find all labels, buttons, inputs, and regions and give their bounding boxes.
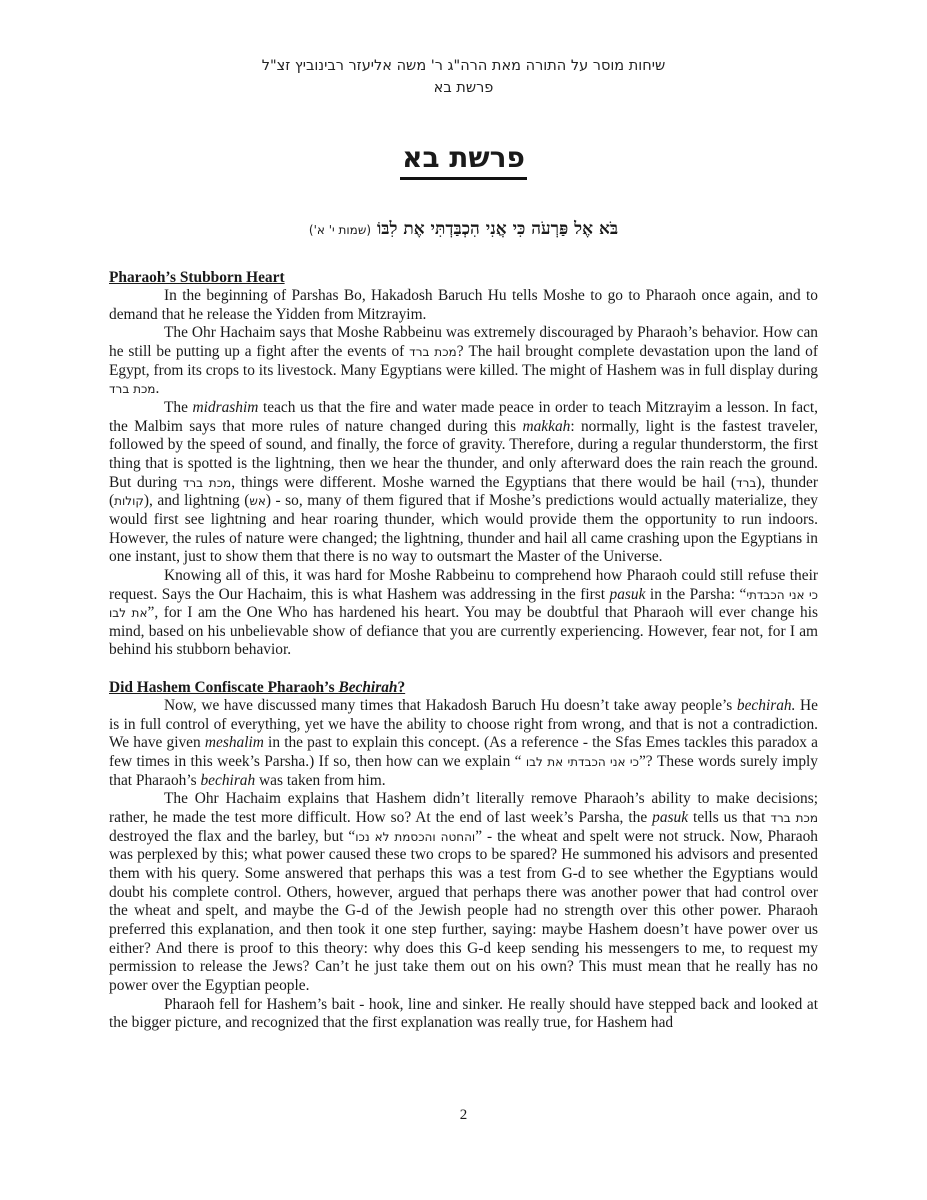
page-number: 2 xyxy=(0,1107,927,1124)
hebrew-phrase: מכת ברד xyxy=(770,811,818,825)
text-run: In the beginning of Parshas Bo, Hakadosh… xyxy=(109,287,818,323)
header-parsha-line: פרשת בא xyxy=(0,77,927,99)
section-gap xyxy=(109,660,818,678)
pasuk-quote: בֹּא אֶל פַּרְעֹה כִּי אֲנִי הִכְבַּדְתִ… xyxy=(0,216,927,243)
text-run: tells us that xyxy=(688,809,770,826)
hebrew-phrase: כי אני הכבדתי את לבו xyxy=(526,755,639,769)
italic-term: makkah xyxy=(522,418,570,435)
hebrew-phrase: קולות xyxy=(114,494,144,508)
text-run: in the Parsha: “ xyxy=(645,586,746,603)
paragraph: The midrashim teach us that the fire and… xyxy=(109,399,818,567)
section-1-paragraphs: In the beginning of Parshas Bo, Hakadosh… xyxy=(109,287,818,660)
paragraph: Pharaoh fell for Hashem’s bait - hook, l… xyxy=(109,996,818,1033)
section-heading-2-italic: Bechirah xyxy=(338,679,397,696)
text-run: destroyed the flax and the barley, but “ xyxy=(109,828,355,845)
section-2-paragraphs: Now, we have discussed many times that H… xyxy=(109,697,818,1033)
document-page: שיחות מוסר על התורה מאת הרה"ג ר' משה אלי… xyxy=(0,0,927,1200)
section-heading-2-text: Did Hashem Confiscate Pharaoh’s xyxy=(109,679,338,696)
text-run: The xyxy=(164,399,193,416)
pasuk-reference: (שמות י' א') xyxy=(309,223,371,237)
italic-term: pasuk xyxy=(610,586,646,603)
section-heading-2-suffix: ? xyxy=(397,679,405,696)
text-run: ”, for I am the One Who has hardened his… xyxy=(109,604,818,658)
section-heading-2: Did Hashem Confiscate Pharaoh’s Bechirah… xyxy=(109,678,818,697)
section-heading-1: Pharaoh’s Stubborn Heart xyxy=(109,268,818,287)
italic-term: pasuk xyxy=(652,809,688,826)
paragraph: The Ohr Hachaim says that Moshe Rabbeinu… xyxy=(109,324,818,399)
paragraph: The Ohr Hachaim explains that Hashem did… xyxy=(109,790,818,995)
italic-term: bechirah. xyxy=(737,697,796,714)
text-run: was taken from him. xyxy=(255,772,385,789)
hebrew-phrase: והחטה והכסמת לא נכו xyxy=(355,830,475,844)
italic-term: bechirah xyxy=(200,772,255,789)
paragraph: In the beginning of Parshas Bo, Hakadosh… xyxy=(109,287,818,324)
text-run: , things were different. Moshe warned th… xyxy=(231,474,736,491)
page-title-wrap: פרשת בא xyxy=(0,140,927,180)
text-run: . xyxy=(155,380,159,397)
text-run: Pharaoh fell for Hashem’s bait - hook, l… xyxy=(109,996,818,1032)
header-author-line: שיחות מוסר על התורה מאת הרה"ג ר' משה אלי… xyxy=(0,55,927,77)
hebrew-phrase: ברד xyxy=(736,476,756,490)
article-body: Pharaoh’s Stubborn Heart In the beginnin… xyxy=(109,268,818,1033)
running-header: שיחות מוסר על התורה מאת הרה"ג ר' משה אלי… xyxy=(0,55,927,99)
hebrew-phrase: מכת ברד xyxy=(109,382,155,396)
hebrew-phrase: מכת ברד xyxy=(183,476,231,490)
pasuk-text: בֹּא אֶל פַּרְעֹה כִּי אֲנִי הִכְבַּדְתִ… xyxy=(377,219,618,239)
text-run: Now, we have discussed many times that H… xyxy=(164,697,737,714)
hebrew-phrase: אש xyxy=(249,494,266,508)
text-run: ” - the wheat and spelt were not struck.… xyxy=(109,828,818,994)
page-title: פרשת בא xyxy=(400,140,527,180)
paragraph: Knowing all of this, it was hard for Mos… xyxy=(109,567,818,660)
italic-term: meshalim xyxy=(205,734,264,751)
hebrew-phrase: מכת ברד xyxy=(409,345,457,359)
italic-term: midrashim xyxy=(193,399,259,416)
paragraph: Now, we have discussed many times that H… xyxy=(109,697,818,790)
text-run: ), and lightning ( xyxy=(144,492,249,509)
